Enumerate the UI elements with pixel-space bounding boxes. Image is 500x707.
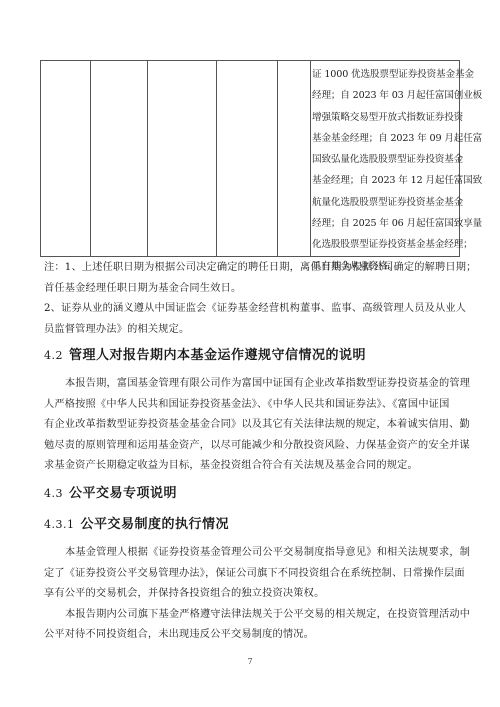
body-line: 本基金管理人根据《证券投资基金管理公司公平交易制度指导意见》和相关法规要求，制	[44, 543, 459, 564]
section-title: 公平交易专项说明	[69, 486, 177, 501]
section-4-2-body: 本报告期，富国基金管理有限公司作为富国中证国有企业改革指数型证券投资基金的管理 …	[44, 374, 459, 477]
cell-line: 化选股股票型证券投资基金基金经理；	[312, 234, 458, 255]
note-line: 首任基金经理任职日期为基金合同生效日。	[44, 279, 459, 300]
cell-line: 经理；自 2023 年 03 月起任富国创业板	[312, 85, 458, 106]
cell-line: 经理；自 2025 年 06 月起任富国致享量	[312, 213, 458, 234]
section-heading-4-3: 4.3公平交易专项说明	[44, 482, 177, 501]
note-line: 2、证券从业的涵义遵从中国证监会《证券基金经营机构董事、监事、高级管理人员及从业…	[44, 299, 459, 320]
section-4-3-1-body: 本基金管理人根据《证券投资基金管理公司公平交易制度指导意见》和相关法规要求，制 …	[44, 543, 459, 646]
cell-line: 国致弘量化选股股票型证券投资基金	[312, 149, 458, 170]
page-number: 7	[0, 657, 500, 666]
table-column-divider	[216, 61, 217, 256]
note-line: 注：1、上述任职日期为根据公司决定确定的聘任日期，离任日期为根据公司确定的解聘日…	[44, 258, 459, 279]
body-line: 享有公平的交易机会，并保持各投资组合的独立投资决策权。	[44, 584, 459, 605]
note-line: 员监督管理办法》的相关规定。	[44, 320, 459, 341]
body-line: 勉尽责的原则管理和运用基金资产，以尽可能减少和分散投资风险、力保基金资产的安全并…	[44, 436, 459, 457]
table-column-divider	[90, 61, 91, 256]
cell-line: 航量化选股股票型证券投资基金基金	[312, 192, 458, 213]
cell-line: 增强策略交易型开放式指数证券投资	[312, 107, 458, 128]
body-line: 有企业改革指数型证券投资基金基金合同》以及其它有关法律法规的规定，本着诚实信用、…	[44, 415, 459, 436]
cell-line: 基金基金经理；自 2023 年 09 月起任富	[312, 128, 458, 149]
manager-experience-cell: 证 1000 优选股票型证券投资基金基金 经理；自 2023 年 03 月起任富…	[312, 64, 458, 277]
body-line: 定了《证券投资公平交易管理办法》，保证公司旗下不同投资组合在系统控制、日常操作层…	[44, 564, 459, 585]
fund-manager-table: 证 1000 优选股票型证券投资基金基金 经理；自 2023 年 03 月起任富…	[40, 60, 460, 257]
body-line: 人严格按照《中华人民共和国证券投资基金法》、《中华人民共和国证券法》、《富国中证…	[44, 395, 459, 416]
section-number: 4.3.1	[44, 518, 75, 531]
body-line: 本报告期，富国基金管理有限公司作为富国中证国有企业改革指数型证券投资基金的管理	[44, 374, 459, 395]
body-line: 公平对待不同投资组合，未出现违反公平交易制度的情况。	[44, 625, 459, 646]
table-column-divider	[277, 61, 278, 256]
section-number: 4.2	[44, 349, 63, 362]
table-notes: 注：1、上述任职日期为根据公司决定确定的聘任日期，离任日期为根据公司确定的解聘日…	[44, 258, 459, 340]
section-number: 4.3	[44, 487, 63, 500]
section-heading-4-2: 4.2管理人对报告期内本基金运作遵规守信情况的说明	[44, 344, 366, 363]
section-title: 管理人对报告期内本基金运作遵规守信情况的说明	[69, 348, 366, 363]
cell-line: 基金经理；自 2023 年 12 月起任富国致	[312, 170, 458, 191]
body-line: 本报告期内公司旗下基金严格遵守法律法规关于公平交易的相关规定，在投资管理活动中	[44, 605, 459, 626]
section-heading-4-3-1: 4.3.1公平交易制度的执行情况	[44, 513, 229, 532]
table-column-divider	[310, 61, 311, 256]
cell-line: 证 1000 优选股票型证券投资基金基金	[312, 64, 458, 85]
section-title: 公平交易制度的执行情况	[81, 517, 230, 532]
body-line: 求基金资产长期稳定收益为目标，基金投资组合符合有关法规及基金合同的规定。	[44, 456, 459, 477]
table-column-divider	[147, 61, 148, 256]
